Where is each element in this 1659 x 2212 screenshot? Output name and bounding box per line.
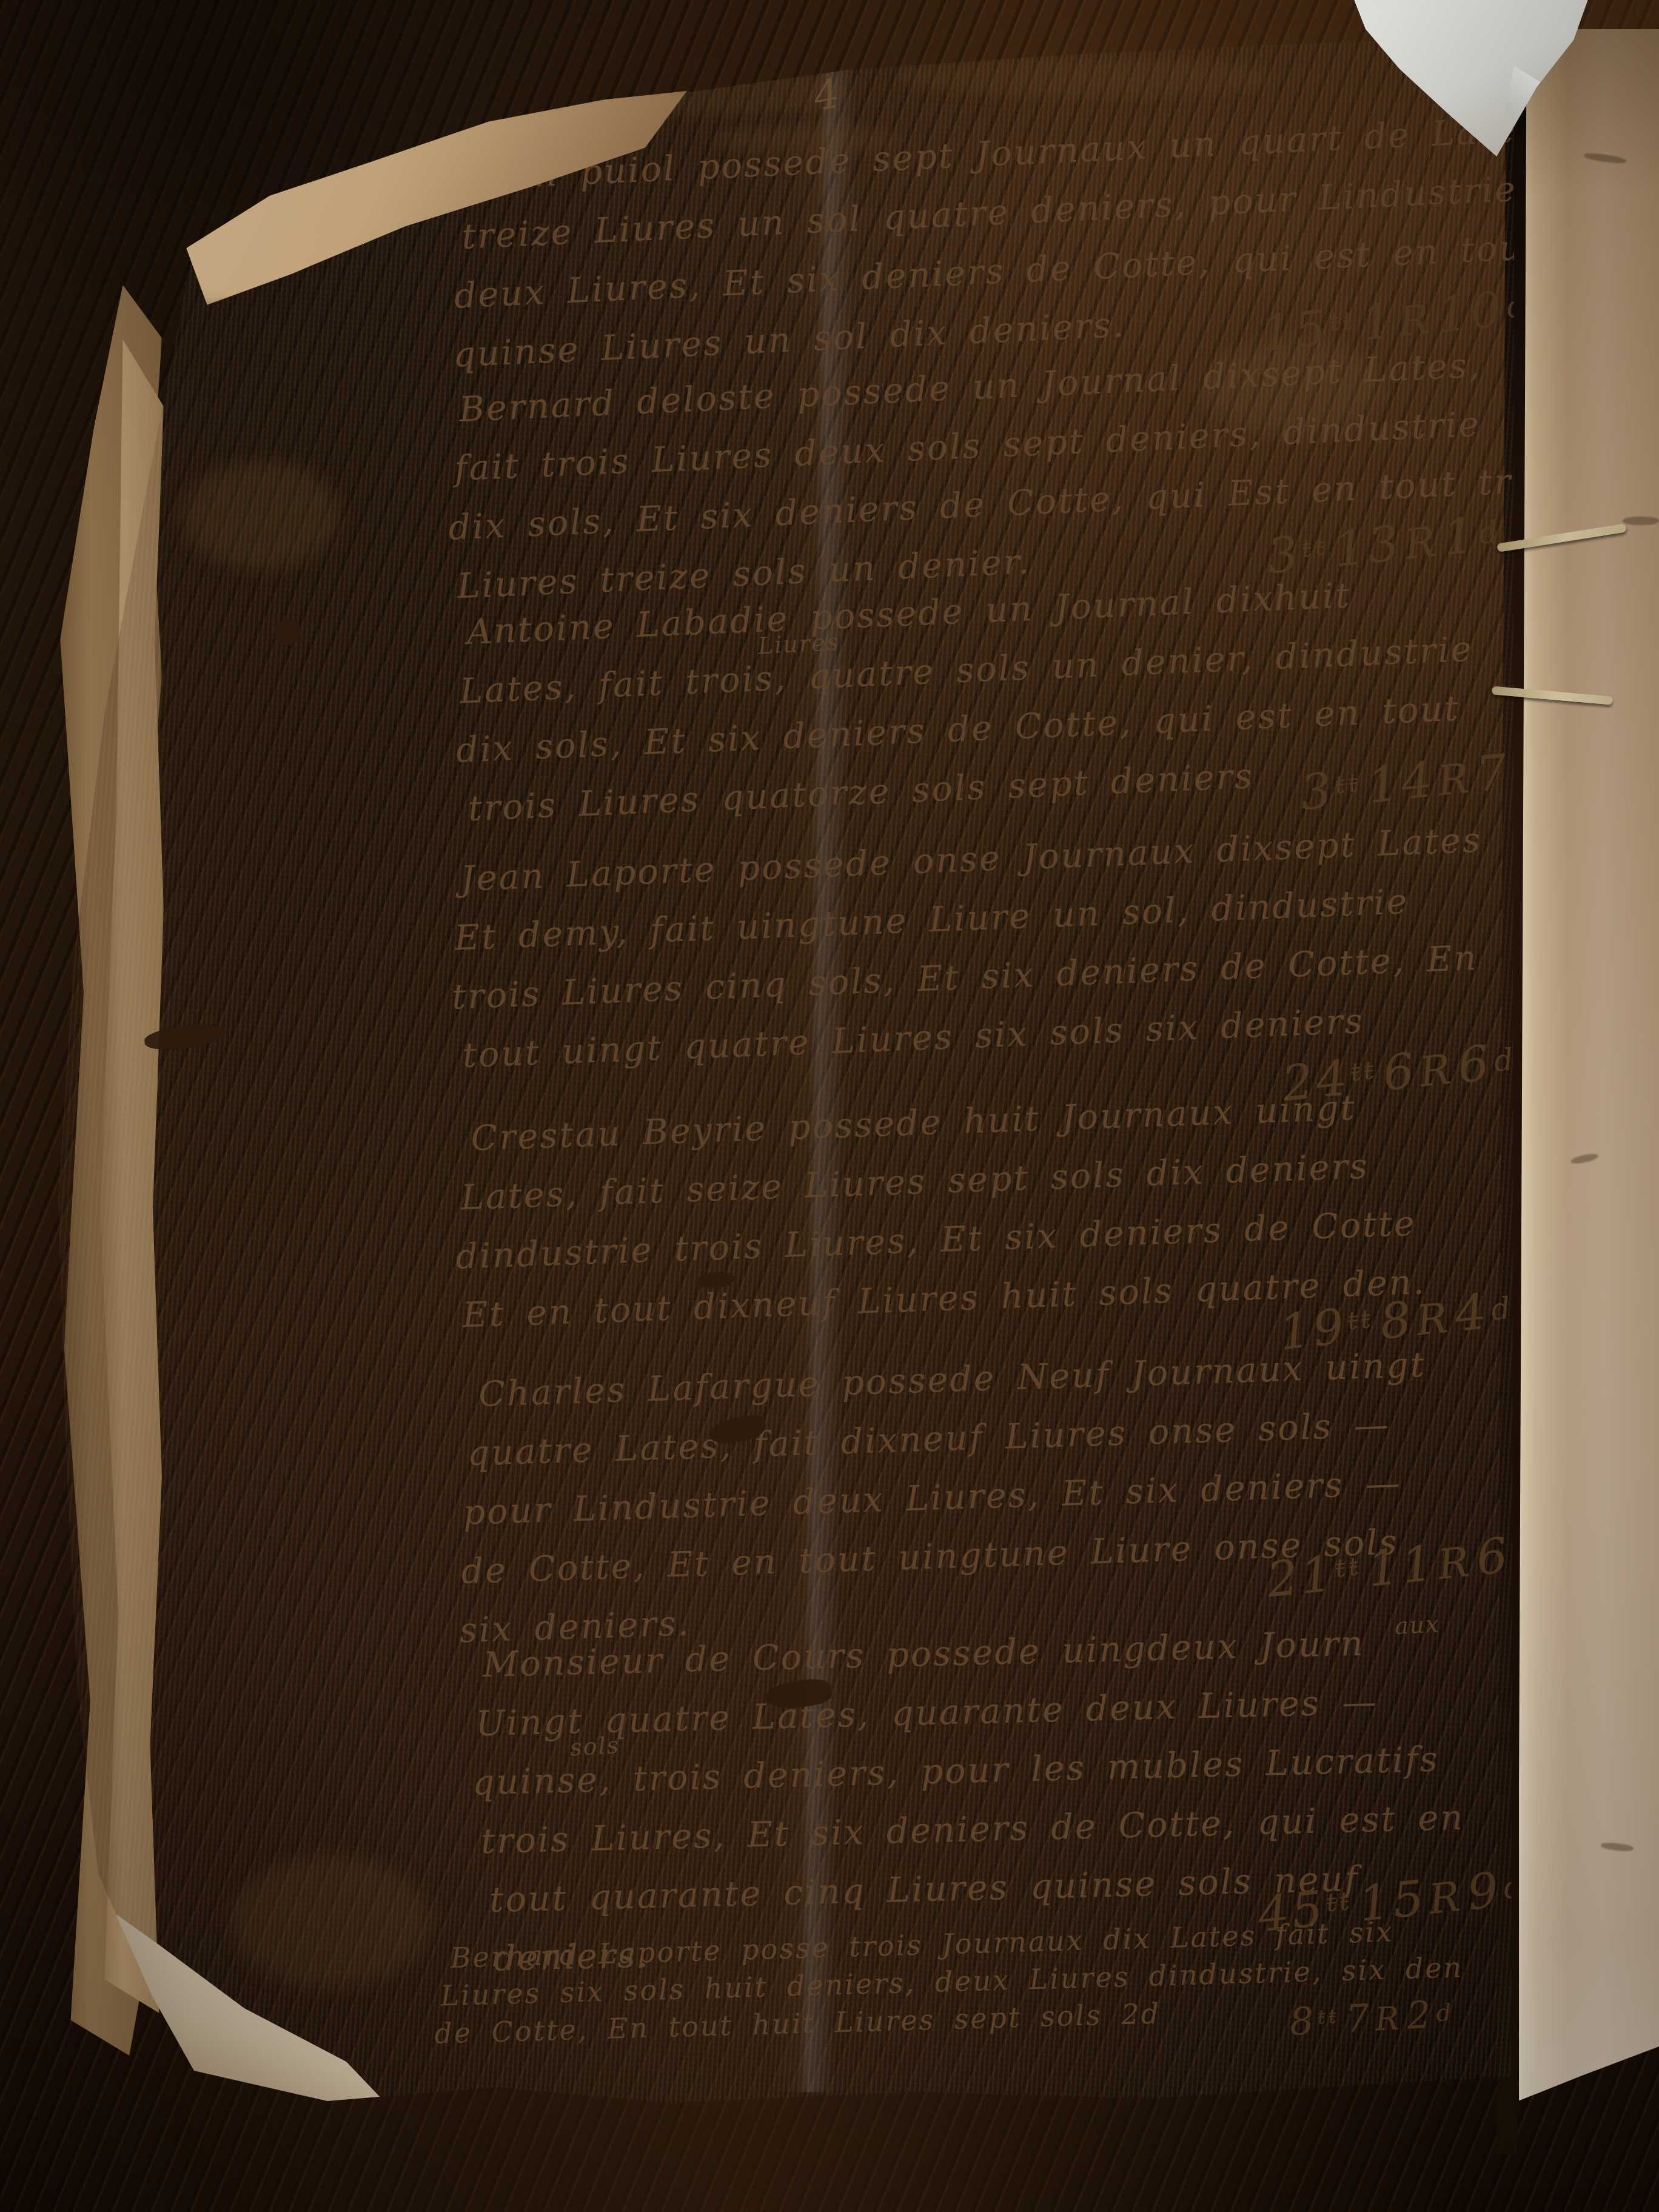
manuscript-page: 4 Jean puiol possede sept Journaux un qu… (0, 0, 1659, 2212)
sols-symbol: R (1417, 1045, 1456, 1096)
entry-paragraph: Jean Laporte possede onse Journaux dixse… (460, 811, 1490, 1085)
entry-amount: 8ŧŧ7R2d (1289, 1991, 1455, 2044)
livres-symbol: ŧŧ (1333, 768, 1362, 800)
amount-sols: 7 (1344, 1996, 1373, 2041)
deniers-symbol: d (1435, 1999, 1455, 2027)
amount-sols: 14 (1365, 751, 1438, 814)
livres-symbol: ŧŧ (1317, 2005, 1340, 2029)
sols-symbol: R (1402, 518, 1441, 569)
amount-deniers: 2 (1406, 1992, 1435, 2038)
amount-deniers: 1 (1440, 507, 1480, 566)
deniers-symbol: d (1489, 1290, 1515, 1327)
amount-deniers: 4 (1452, 1283, 1492, 1342)
sols-symbol: R (1374, 2000, 1403, 2038)
amount-livres: 21 (1264, 1545, 1338, 1608)
livres-symbol: ŧŧ (1328, 305, 1357, 337)
amount-livres: 3 (1298, 762, 1337, 821)
next-page-leaf (1519, 29, 1659, 2109)
manuscript-photo-scene: 4 Jean puiol possede sept Journaux un qu… (0, 0, 1659, 2212)
amount-deniers: 6 (1473, 1527, 1513, 1586)
leaf-speck (1623, 517, 1659, 525)
bleedthrough-smudge (897, 58, 1273, 97)
interlinear-insertion: sols (569, 1732, 620, 1761)
interlinear-insertion: aux (1394, 1610, 1441, 1640)
amount-deniers: 10 (1434, 281, 1507, 344)
livres-symbol: ŧŧ (1346, 1304, 1375, 1336)
foxing-stain (182, 461, 340, 570)
amount-livres: 8 (1289, 1999, 1318, 2044)
livres-symbol: ŧŧ (1334, 1551, 1363, 1583)
foxing-stain (230, 1855, 431, 1989)
interlinear-insertion: Liures (757, 629, 840, 660)
sols-symbol: R (1435, 754, 1474, 805)
amount-sols: 11 (1365, 1535, 1438, 1598)
amount-deniers: 9 (1464, 1862, 1504, 1921)
amount-deniers: 7 (1473, 743, 1513, 803)
livres-symbol: ŧŧ (1300, 531, 1329, 563)
sols-symbol: R (1436, 1538, 1475, 1589)
amount-deniers: 6 (1455, 1034, 1495, 1094)
entry-paragraph: Charles Lafargue possede Neuf Journaux u… (478, 1336, 1434, 1660)
livres-symbol: ŧŧ (1325, 1886, 1354, 1918)
